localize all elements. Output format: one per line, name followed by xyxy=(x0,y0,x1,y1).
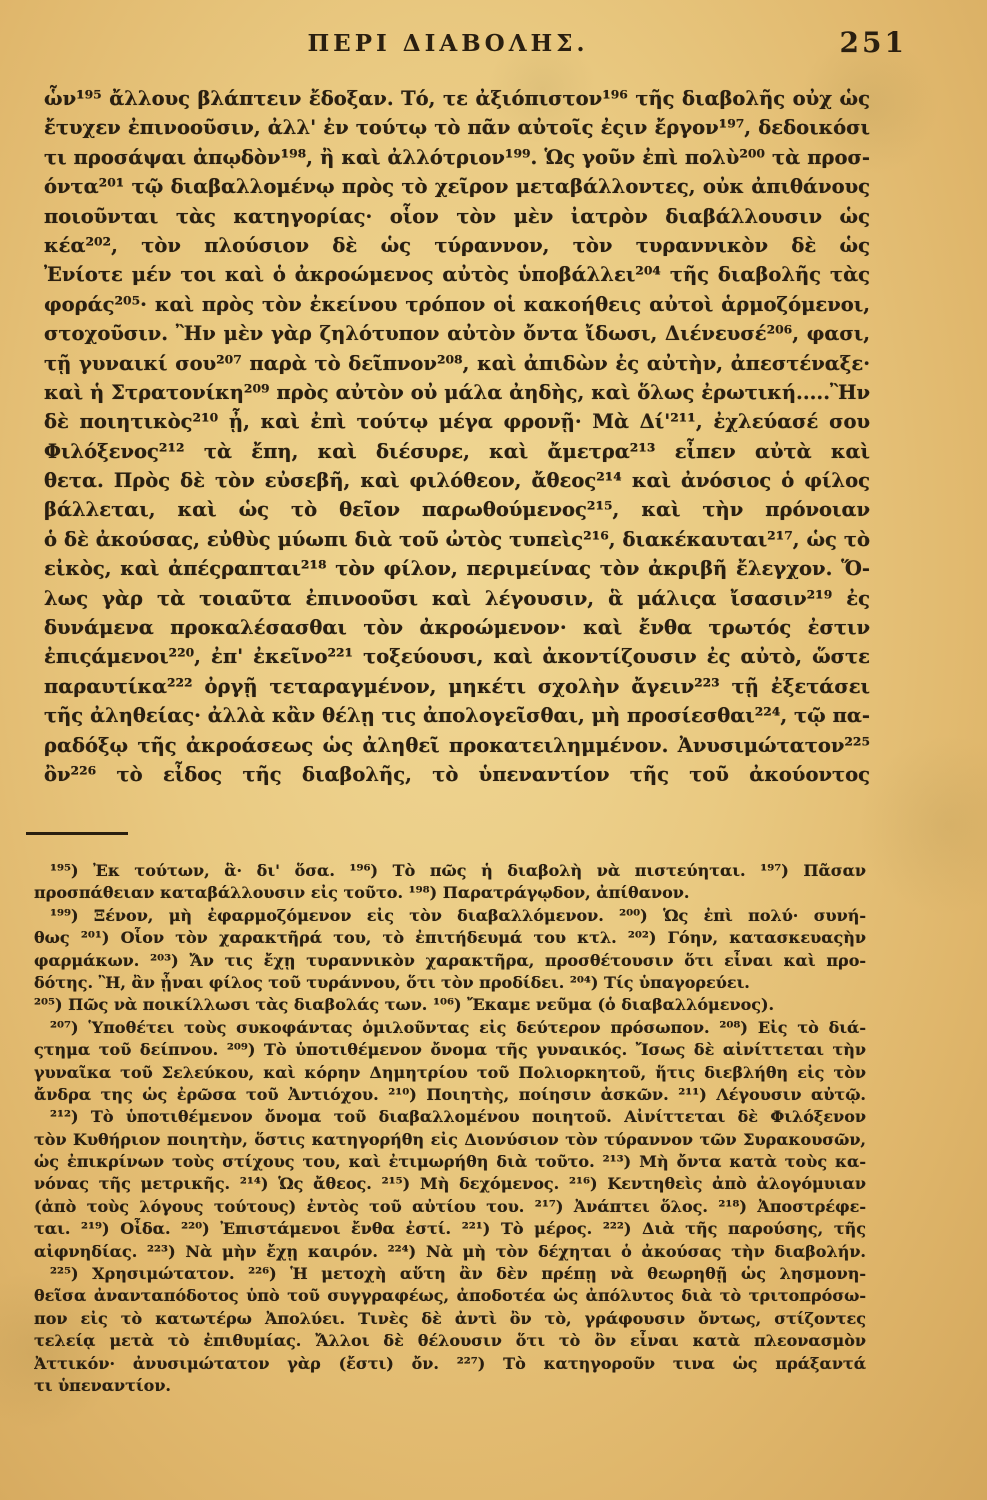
footnote-line: προσπάθειαν καταβάλλουσιν εἰς τοῦτο. ¹⁹⁸… xyxy=(34,882,866,904)
text-line: τῆς ἀληθείας· ἀλλὰ κἂν θέλῃ τις ἀπολογεῖ… xyxy=(44,701,870,730)
footnote-line: τὸν Κυθήριον ποιητὴν, ὅστις κατηγορήθη ε… xyxy=(34,1129,866,1151)
footnote-line: ¹⁹⁹) Ξένον, μὴ ἐφαρμοζόμενον εἰς τὸν δια… xyxy=(34,905,866,927)
footnote-line: γυναῖκα τοῦ Σελεύκου, καὶ κόρην Δημητρίο… xyxy=(34,1062,866,1084)
footnote-line: ²⁰⁵) Πῶς νὰ ποικίλλωσι τὰς διαβολάς των.… xyxy=(34,994,866,1016)
main-text-block: ὧν¹⁹⁵ ἄλλους βλάπτειν ἔδοξαν. Τό, τε ἀξι… xyxy=(44,84,870,789)
footnote-line: δότης. Ἢ, ἂν ᾖναι φίλος τοῦ τυράννου, ὅτ… xyxy=(34,972,866,994)
footnote-line: θεῖσα ἀνανταπόδοτος ὑπὸ τοῦ συγγραφέως, … xyxy=(34,1285,866,1307)
footnote-line: ςτημα τοῦ δείπνου. ²⁰⁹) Τὸ ὑποτιθέμενον … xyxy=(34,1039,866,1061)
running-header: ΠΕΡΙ ΔΙΑΒΟΛΗΣ. xyxy=(48,30,848,57)
footnote-separator-rule xyxy=(26,832,128,835)
footnote-line: ται. ²¹⁹) Οἶδα. ²²⁰) Ἐπιστάμενοι ἔνθα ἐσ… xyxy=(34,1218,866,1240)
text-line: ὁ δὲ ἀκούσας, εὐθὺς μύωπι διὰ τοῦ ὠτὸς τ… xyxy=(44,525,870,554)
text-line: ποιοῦνται τὰς κατηγορίας· οἷον τὸν μὲν ἰ… xyxy=(44,202,870,231)
text-line: ὧν¹⁹⁵ ἄλλους βλάπτειν ἔδοξαν. Τό, τε ἀξι… xyxy=(44,84,870,113)
text-line: λως γὰρ τὰ τοιαῦτα ἐπινοοῦσι καὶ λέγουσι… xyxy=(44,584,870,613)
book-page: ΠΕΡΙ ΔΙΑΒΟΛΗΣ. 251 ὧν¹⁹⁵ ἄλλους βλάπτειν… xyxy=(0,0,987,1500)
footnote-line: θως ²⁰¹) Οἷον τὸν χαρακτῆρά του, τὸ ἐπιτ… xyxy=(34,927,866,949)
text-line: θετα. Πρὸς δὲ τὸν εὐσεβῆ, καὶ φιλόθεον, … xyxy=(44,466,870,495)
text-line: φοράς²⁰⁵· καὶ πρὸς τὸν ἐκείνου τρόπον οἱ… xyxy=(44,290,870,319)
footnote-line: ἄνδρα της ὡς ἐρῶσα τοῦ Ἀντιόχου. ²¹⁰) Πο… xyxy=(34,1084,866,1106)
footnote-line: φαρμάκων. ²⁰³) Ἄν τις ἔχῃ τυραννικὸν χαρ… xyxy=(34,950,866,972)
footnote-line: ²⁰⁷) Ὑποθέτει τοὺς συκοφάντας ὁμιλοῦντας… xyxy=(34,1017,866,1039)
text-line: ἔτυχεν ἐπινοοῦσιν, ἀλλ' ἐν τούτῳ τὸ πᾶν … xyxy=(44,113,870,142)
footnote-line: τι ὑπεναντίον. xyxy=(34,1375,866,1397)
text-line: Ἐνίοτε μέν τοι καὶ ὁ ἀκροώμενος αὐτὸς ὑπ… xyxy=(44,260,870,289)
footnote-line: ²²⁵) Χρησιμώτατον. ²²⁶) Ἡ μετοχὴ αὕτη ἂν… xyxy=(34,1263,866,1285)
page-number: 251 xyxy=(840,26,907,59)
text-line: παραυτίκα²²² ὀργῇ τεταραγμένον, μηκέτι σ… xyxy=(44,672,870,701)
text-line: Φιλόξενος²¹² τὰ ἔπη, καὶ διέσυρε, καὶ ἄμ… xyxy=(44,437,870,466)
text-line: βάλλεται, καὶ ὡς τὸ θεῖον παρωθούμενος²¹… xyxy=(44,495,870,524)
footnote-line: ¹⁹⁵) Ἐκ τούτων, ἃ· δι' ὅσα. ¹⁹⁶) Τὸ πῶς … xyxy=(34,860,866,882)
text-line: όντα²⁰¹ τῷ διαβαλλομένῳ πρὸς τὸ χεῖρον μ… xyxy=(44,172,870,201)
footnote-line: νόνας τῆς μετρικῆς. ²¹⁴) Ὡς ἄθεος. ²¹⁵) … xyxy=(34,1173,866,1195)
text-line: δὲ ποιητικὸς²¹⁰ ᾖ, καὶ ἐπὶ τούτῳ μέγα φρ… xyxy=(44,407,870,436)
text-line: κέα²⁰², τὸν πλούσιον δὲ ὡς τύραννον, τὸν… xyxy=(44,231,870,260)
text-line: στοχοῦσιν. Ἢν μὲν γὰρ ζηλότυπον αὐτὸν ὄν… xyxy=(44,319,870,348)
text-line: ραδόξῳ τῆς ἀκροάσεως ὡς ἀληθεῖ προκατειλ… xyxy=(44,731,870,760)
footnote-line: πον εἰς τὸ κατωτέρω Ἀπολύει. Τινὲς δὲ ἀν… xyxy=(34,1308,866,1330)
text-line: εἰκὸς, καὶ ἀπέςραπται²¹⁸ τὸν φίλον, περι… xyxy=(44,554,870,583)
page-title: ΠΕΡΙ ΔΙΑΒΟΛΗΣ. xyxy=(307,30,588,57)
text-line: ὂν²²⁶ τὸ εἶδος τῆς διαβολῆς, τὸ ὑπεναντί… xyxy=(44,760,870,789)
footnote-line: Ἀττικόν· ἀνυσιμώτατον γὰρ (ἔστι) ὄν. ²²⁷… xyxy=(34,1353,866,1375)
footnote-line: ²¹²) Τὸ ὑποτιθέμενον ὄνομα τοῦ διαβαλλομ… xyxy=(34,1106,866,1128)
footnote-line: ὡς ἐπικρίνων τοὺς στίχους του, καὶ ἐτιμω… xyxy=(34,1151,866,1173)
text-line: τῇ γυναικί σου²⁰⁷ παρὰ τὸ δεῖπνον²⁰⁸, κα… xyxy=(44,349,870,378)
footnote-line: τελείᾳ μετὰ τὸ ἐπιθυμίας. Ἄλλοι δὲ θέλου… xyxy=(34,1330,866,1352)
text-line: καὶ ἡ Στρατονίκη²⁰⁹ πρὸς αὐτὸν οὐ μάλα ἀ… xyxy=(44,378,870,407)
footnotes-block: ¹⁹⁵) Ἐκ τούτων, ἃ· δι' ὅσα. ¹⁹⁶) Τὸ πῶς … xyxy=(34,860,866,1397)
text-line: τι προσάψαι ἀπῳδὸν¹⁹⁸, ἢ καὶ ἀλλότριον¹⁹… xyxy=(44,143,870,172)
footnote-line: (ἀπὸ τοὺς λόγους τούτους) ἐντὸς τοῦ αὐτί… xyxy=(34,1196,866,1218)
footnote-line: αἰφνηδίας. ²²³) Νὰ μὴν ἔχῃ καιρόν. ²²⁴) … xyxy=(34,1241,866,1263)
text-line: δυνάμενα προκαλέσασθαι τὸν ἀκροώμενον· κ… xyxy=(44,613,870,642)
text-line: ἐπιςάμενοι²²⁰, ἐπ' ἐκεῖνο²²¹ τοξεύουσι, … xyxy=(44,642,870,671)
